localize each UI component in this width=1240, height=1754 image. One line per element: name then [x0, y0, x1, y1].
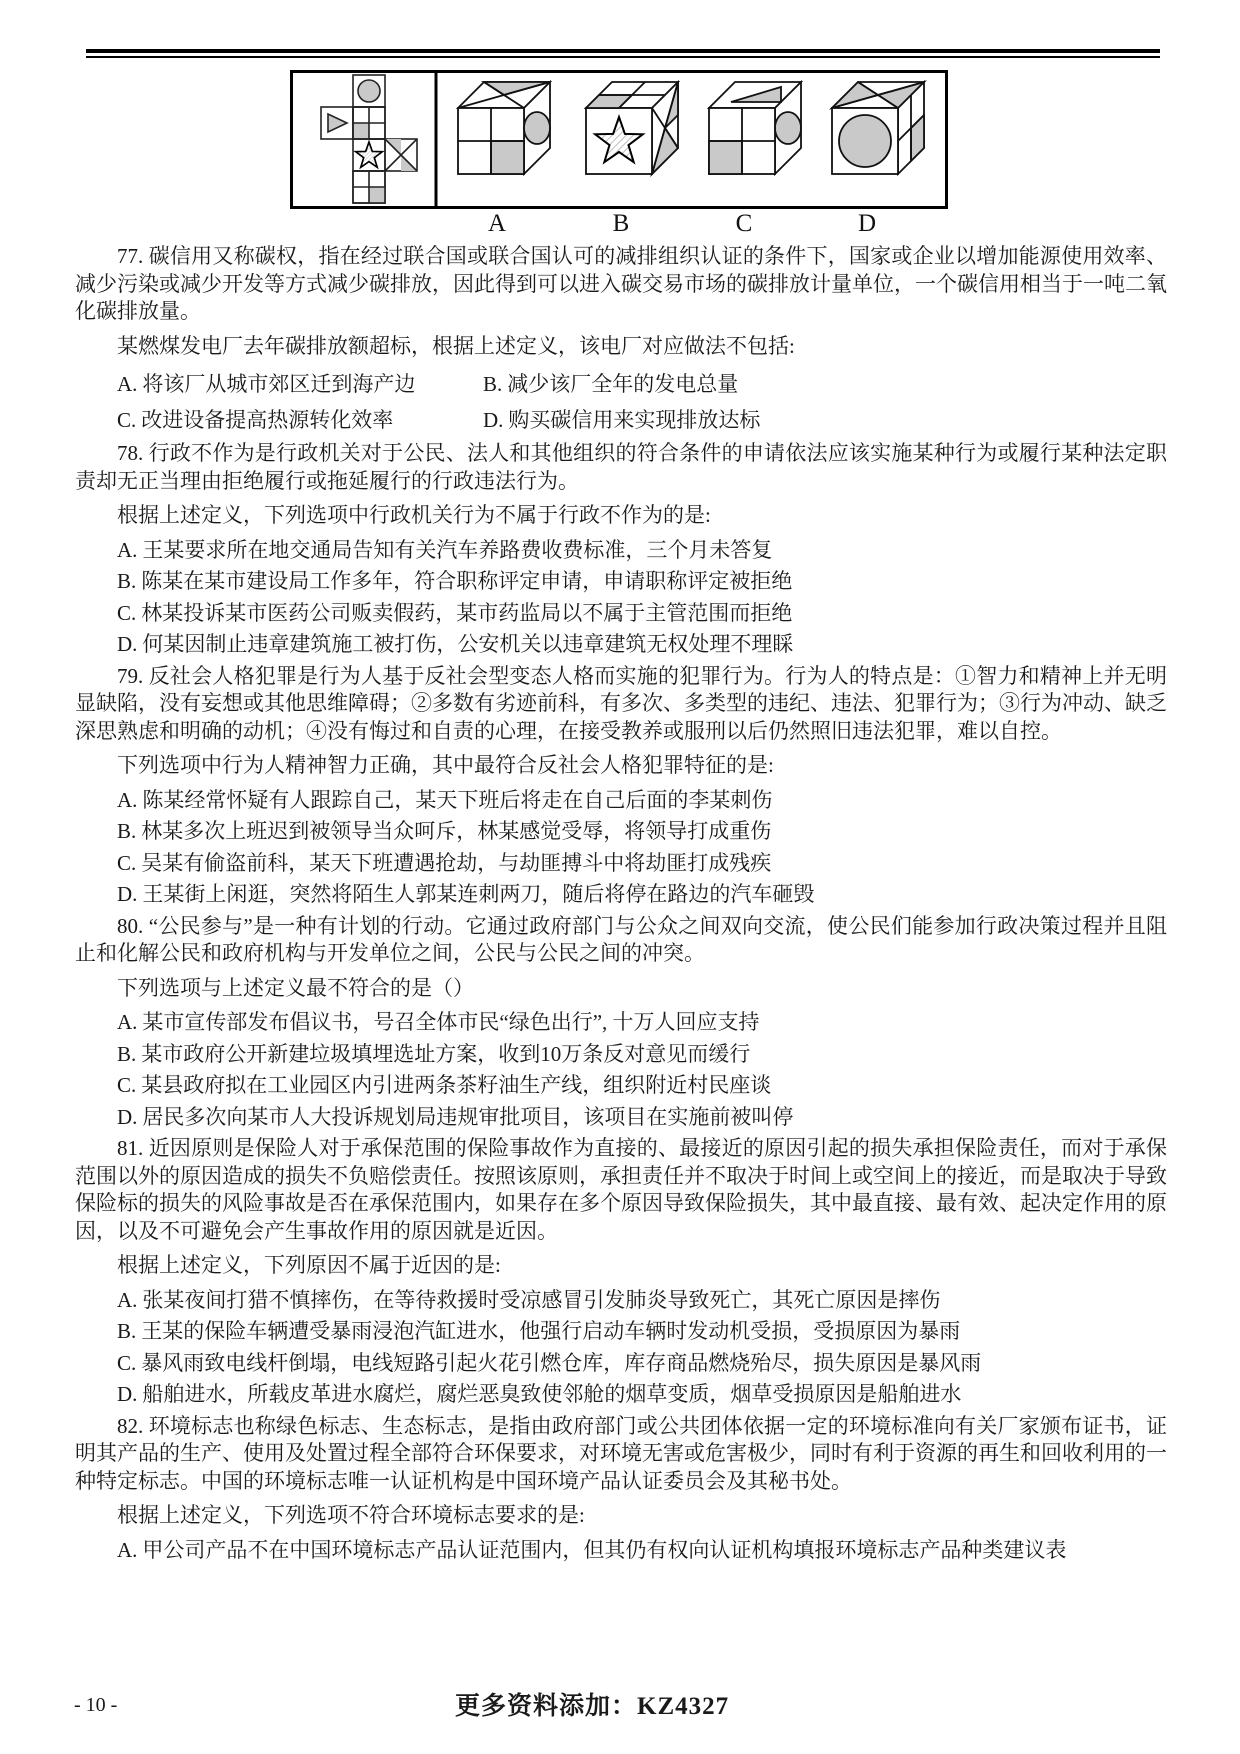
option-label: A.	[117, 1538, 137, 1562]
option-label: B.	[117, 569, 136, 593]
cube-option-c	[709, 82, 801, 174]
option-text: 居民多次向某市人大投诉规划局违规审批项目，该项目在实施前被叫停	[142, 1105, 793, 1129]
net-circle-face	[358, 80, 380, 102]
option-label: D.	[483, 408, 503, 432]
option-label: D.	[117, 1382, 137, 1406]
question-81-prompt: 根据上述定义，下列原因不属于近因的是:	[75, 1252, 1167, 1280]
cube-option-d	[832, 82, 924, 174]
question-78: 78. 行政不作为是行政机关对于公民、法人和其他组织的符合条件的申请依法应该实施…	[75, 440, 1167, 659]
question-81-option-c: C.暴风雨致电线杆倒塌，电线短路引起火花引燃仓库，库存商品燃烧殆尽，损失原因是暴…	[75, 1350, 1167, 1378]
option-text: 王某要求所在地交通局告知有关汽车养路费收费标准，三个月未答复	[142, 538, 772, 562]
option-text: 船舶进水，所载皮革进水腐烂，腐烂恶臭致使邻舱的烟草变质，烟草受损原因是船舶进水	[142, 1382, 961, 1406]
option-label: D.	[117, 632, 137, 656]
option-label: A.	[117, 1010, 137, 1034]
option-text: 将该厂从城市郊区迁到海产边	[142, 372, 415, 396]
option-text: 王某街上闲逛，突然将陌生人郭某连刺两刀，随后将停在路边的汽车砸毁	[142, 882, 814, 906]
page-footer: - 10 - 更多资料添加：KZ4327	[0, 1686, 1240, 1726]
option-label: C.	[117, 1073, 136, 1097]
option-label: A.	[117, 1288, 137, 1312]
option-label: C.	[117, 851, 136, 875]
footer-note: 更多资料添加：KZ4327	[455, 1686, 729, 1722]
question-82-stem: 82. 环境标志也称绿色标志、生态标志，是指由政府部门或公共团体依据一定的环境标…	[75, 1413, 1167, 1496]
option-label: C.	[117, 1351, 136, 1375]
question-78-prompt: 根据上述定义，下列选项中行政机关行为不属于行政不作为的是:	[75, 502, 1167, 530]
question-81-option-b: B.王某的保险车辆遭受暴雨浸泡汽缸进水，他强行启动车辆时发动机受损，受损原因为暴…	[75, 1318, 1167, 1346]
option-text: 甲公司产品不在中国环境标志产品认证范围内，但其仍有权向认证机构填报环境标志产品种…	[142, 1538, 1066, 1562]
option-text: 购买碳信用来实现排放达标	[508, 408, 760, 432]
figure-option-label-c: C	[727, 210, 761, 238]
option-label: A.	[117, 538, 137, 562]
figure-option-label-d: D	[850, 210, 884, 238]
option-label: B.	[117, 819, 136, 843]
questions-list: 77. 碳信用又称碳权，指在经过联合国或联合国认可的减排组织认证的条件下，国家或…	[75, 241, 1167, 1568]
question-79-option-b: B.林某多次上班迟到被领导当众呵斥，林某感觉受辱，将领导打成重伤	[75, 818, 1167, 846]
question-77-option-b: B.减少该厂全年的发电总量	[483, 371, 1167, 399]
question-82-prompt: 根据上述定义，下列选项不符合环境标志要求的是:	[75, 1502, 1167, 1530]
question-82: 82. 环境标志也称绿色标志、生态标志，是指由政府部门或公共团体依据一定的环境标…	[75, 1413, 1167, 1565]
option-text: 某县政府拟在工业园区内引进两条茶籽油生产线，组织附近村民座谈	[141, 1073, 771, 1097]
option-text: 暴风雨致电线杆倒塌，电线短路引起火花引燃仓库，库存商品燃烧殆尽，损失原因是暴风雨	[141, 1351, 981, 1375]
question-81-option-d: D.船舶进水，所载皮革进水腐烂，腐烂恶臭致使邻舱的烟草变质，烟草受损原因是船舶进…	[75, 1381, 1167, 1409]
option-text: 陈某在某市建设局工作多年，符合职称评定申请，申请职称评定被拒绝	[141, 569, 792, 593]
question-79-prompt: 下列选项中行为人精神智力正确，其中最符合反社会人格犯罪特征的是:	[75, 752, 1167, 780]
option-text: 某市宣传部发布倡议书，号召全体市民“绿色出行”, 十万人回应支持	[142, 1010, 759, 1034]
cube-puzzle-figure	[290, 70, 948, 209]
question-77: 77. 碳信用又称碳权，指在经过联合国或联合国认可的减排组织认证的条件下，国家或…	[75, 243, 1167, 438]
option-text: 陈某经常怀疑有人跟踪自己，某天下班后将走在自己后面的李某刺伤	[142, 788, 772, 812]
option-label: A.	[117, 788, 137, 812]
exam-page: A B C D 77. 碳信用又称碳权，指在经过联合国或联合国认可的减排组织认证…	[0, 0, 1240, 1754]
question-79-option-d: D.王某街上闲逛，突然将陌生人郭某连刺两刀，随后将停在路边的汽车砸毁	[75, 881, 1167, 909]
option-text: 林某多次上班迟到被领导当众呵斥，林某感觉受辱，将领导打成重伤	[141, 819, 771, 843]
question-80-option-b: B.某市政府公开新建垃圾填埋选址方案，收到10万条反对意见而缓行	[75, 1041, 1167, 1069]
header-rule	[86, 49, 1160, 58]
question-78-option-c: C.林某投诉某市医药公司贩卖假药，某市药监局以不属于主管范围而拒绝	[75, 600, 1167, 628]
question-80-option-d: D.居民多次向某市人大投诉规划局违规审批项目，该项目在实施前被叫停	[75, 1104, 1167, 1132]
option-text: 某市政府公开新建垃圾填埋选址方案，收到10万条反对意见而缓行	[141, 1042, 750, 1066]
option-label: B.	[483, 372, 502, 396]
option-text: 王某的保险车辆遭受暴雨浸泡汽缸进水，他强行启动车辆时发动机受损，受损原因为暴雨	[141, 1319, 960, 1343]
figure-option-label-a: A	[480, 210, 514, 238]
question-77-prompt: 某燃煤发电厂去年碳排放额超标，根据上述定义，该电厂对应做法不包括:	[75, 333, 1167, 361]
option-label: B.	[117, 1319, 136, 1343]
option-text: 张某夜间打猎不慎摔伤，在等待救援时受凉感冒引发肺炎导致死亡，其死亡原因是摔伤	[142, 1288, 940, 1312]
cube-option-b	[586, 82, 678, 174]
question-77-option-a: A.将该厂从城市郊区迁到海产边	[117, 371, 483, 399]
question-78-option-d: D.何某因制止违章建筑施工被打伤，公安机关以违章建筑无权处理不理睬	[75, 631, 1167, 659]
option-label: D.	[117, 1105, 137, 1129]
option-label: D.	[117, 882, 137, 906]
question-80-option-c: C.某县政府拟在工业园区内引进两条茶籽油生产线，组织附近村民座谈	[75, 1072, 1167, 1100]
question-77-options: A.将该厂从城市郊区迁到海产边B.减少该厂全年的发电总量C.改进设备提高热源转化…	[75, 367, 1167, 438]
page-number: - 10 -	[74, 1694, 117, 1717]
question-78-stem: 78. 行政不作为是行政机关对于公民、法人和其他组织的符合条件的申请依法应该实施…	[75, 440, 1167, 495]
question-78-option-b: B.陈某在某市建设局工作多年，符合职称评定申请，申请职称评定被拒绝	[75, 568, 1167, 596]
option-text: 吴某有偷盗前科，某天下班遭遇抢劫，与劫匪搏斗中将劫匪打成残疾	[141, 851, 771, 875]
question-82-option-a: A.甲公司产品不在中国环境标志产品认证范围内，但其仍有权向认证机构填报环境标志产…	[75, 1537, 1167, 1565]
option-text: 林某投诉某市医药公司贩卖假药，某市药监局以不属于主管范围而拒绝	[141, 601, 792, 625]
option-text: 何某因制止违章建筑施工被打伤，公安机关以违章建筑无权处理不理睬	[142, 632, 793, 656]
question-79-option-a: A.陈某经常怀疑有人跟踪自己，某天下班后将走在自己后面的李某刺伤	[75, 787, 1167, 815]
question-81-option-a: A.张某夜间打猎不慎摔伤，在等待救援时受凉感冒引发肺炎导致死亡，其死亡原因是摔伤	[75, 1287, 1167, 1315]
option-label: B.	[117, 1042, 136, 1066]
cube-option-a	[458, 82, 550, 174]
question-81-stem: 81. 近因原则是保险人对于承保范围的保险事故作为直接的、最接近的原因引起的损失…	[75, 1135, 1167, 1245]
question-80-prompt: 下列选项与上述定义最不符合的是（）	[75, 975, 1167, 1003]
option-text: 减少该厂全年的发电总量	[507, 372, 738, 396]
question-79-option-c: C.吴某有偷盗前科，某天下班遭遇抢劫，与劫匪搏斗中将劫匪打成残疾	[75, 850, 1167, 878]
option-label: C.	[117, 601, 136, 625]
question-77-stem: 77. 碳信用又称碳权，指在经过联合国或联合国认可的减排组织认证的条件下，国家或…	[75, 243, 1167, 326]
question-78-option-a: A.王某要求所在地交通局告知有关汽车养路费收费标准，三个月未答复	[75, 537, 1167, 565]
option-text: 改进设备提高热源转化效率	[141, 408, 393, 432]
question-80-option-a: A.某市宣传部发布倡议书，号召全体市民“绿色出行”, 十万人回应支持	[75, 1009, 1167, 1037]
question-77-option-c: C.改进设备提高热源转化效率	[117, 407, 483, 435]
question-77-option-d: D.购买碳信用来实现排放达标	[483, 407, 1167, 435]
question-79-stem: 79. 反社会人格犯罪是行为人基于反社会型变态人格而实施的犯罪行为。行为人的特点…	[75, 663, 1167, 746]
figure-option-label-b: B	[604, 210, 638, 238]
question-79: 79. 反社会人格犯罪是行为人基于反社会型变态人格而实施的犯罪行为。行为人的特点…	[75, 663, 1167, 909]
question-80: 80. “公民参与”是一种有计划的行动。它通过政府部门与公众之间双向交流，使公民…	[75, 913, 1167, 1132]
option-label: A.	[117, 372, 137, 396]
option-label: C.	[117, 408, 136, 432]
question-81: 81. 近因原则是保险人对于承保范围的保险事故作为直接的、最接近的原因引起的损失…	[75, 1135, 1167, 1409]
question-80-stem: 80. “公民参与”是一种有计划的行动。它通过政府部门与公众之间双向交流，使公民…	[75, 913, 1167, 968]
